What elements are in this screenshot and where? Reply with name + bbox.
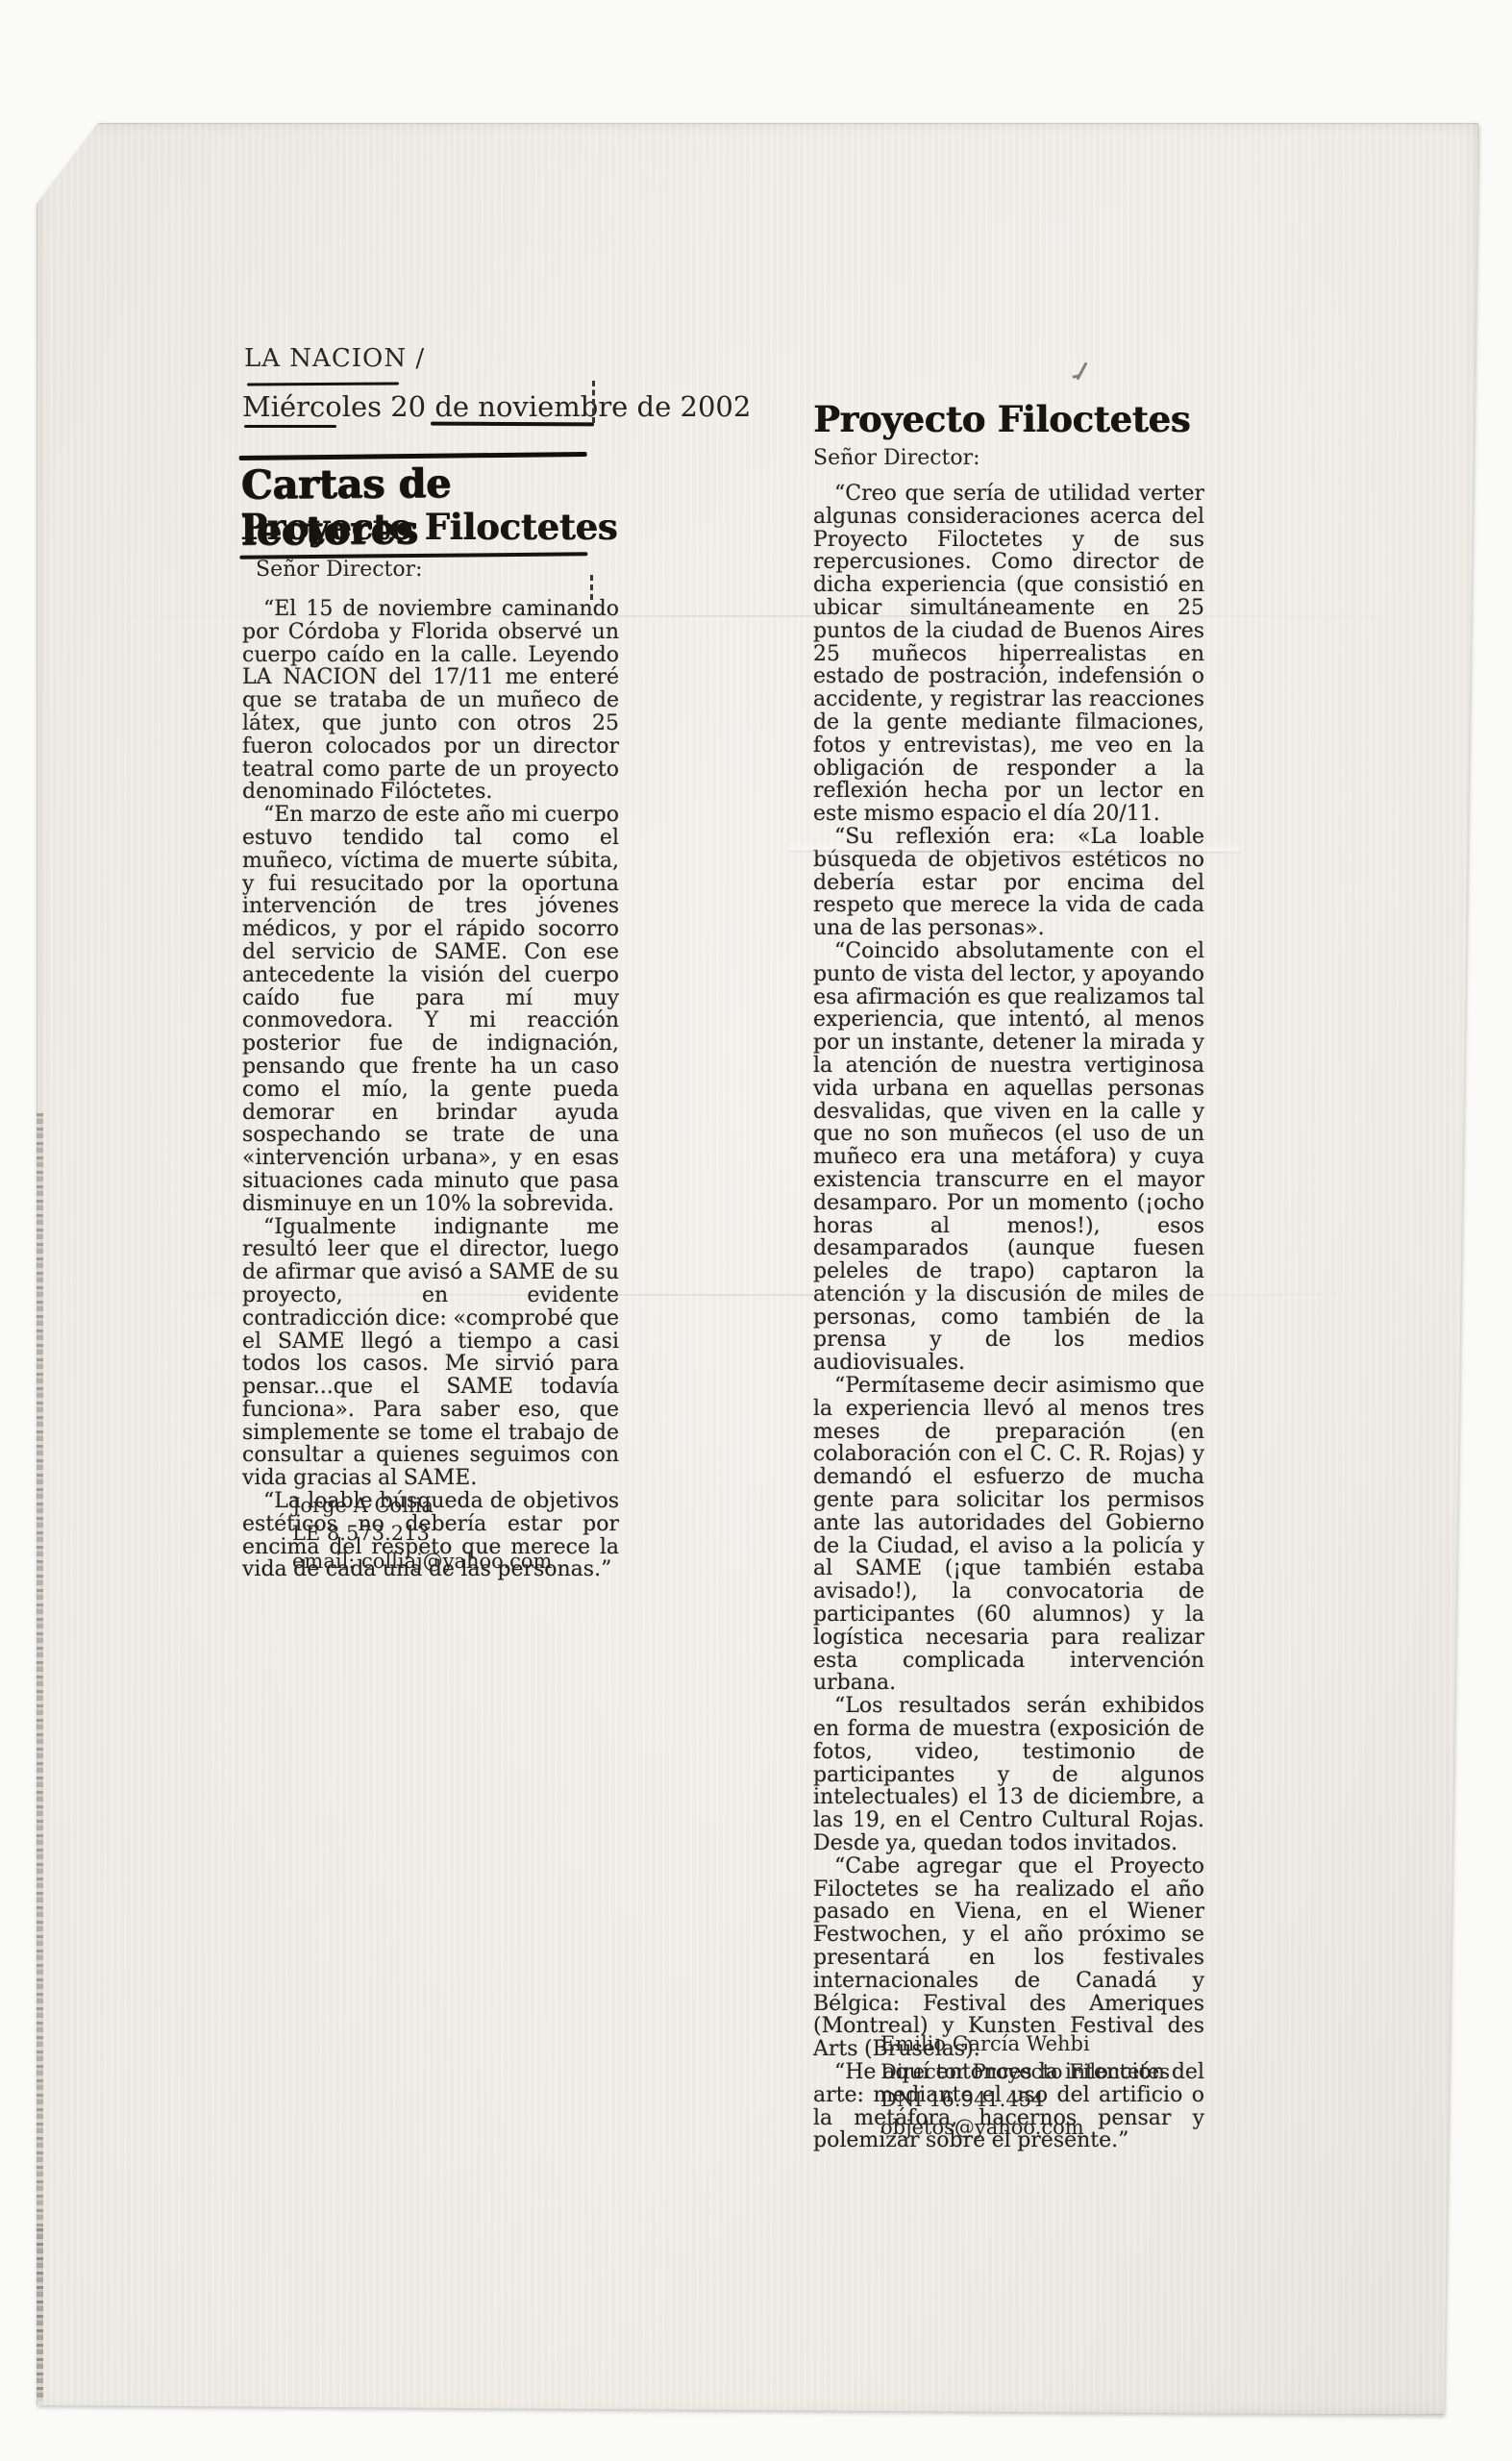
left-letter-salutation: Señor Director: [256, 558, 423, 582]
paragraph: “El 15 de noviembre caminando por Córdob… [242, 598, 619, 804]
pen-mark [1076, 361, 1087, 380]
masthead: LA NACION / [244, 344, 425, 373]
paragraph: “En marzo de este año mi cuerpo estuvo t… [242, 804, 619, 1215]
fold-crease [113, 1294, 1459, 1296]
signature-role: Director Proyecto Filoctetes [880, 2058, 1170, 2086]
scanner-bed: LA NACION / Miércoles 20 de noviembre de… [0, 0, 1512, 2461]
signature-name: Emilio García Wehbi [880, 2030, 1170, 2058]
paragraph: “Creo que sería de utilidad verter algun… [813, 483, 1204, 826]
paragraph: “Igualmente indignante me resultó leer q… [242, 1216, 619, 1491]
date-underline-left [244, 425, 336, 428]
left-letter-signature: Jorge A Collia LE 8.573.213 email: colli… [292, 1492, 552, 1576]
date-line: Miércoles 20 de noviembre de 2002 [242, 390, 751, 423]
left-letter-body: “El 15 de noviembre caminando por Córdob… [242, 598, 619, 1581]
page-edge-shadow [37, 1113, 43, 2344]
fold-crease [94, 615, 1421, 617]
paragraph: “Los resultados serán exhibidos en forma… [813, 1695, 1204, 1855]
right-letter-signature: Emilio García Wehbi Director Proyecto Fi… [880, 2030, 1170, 2142]
signature-email: email: colliaj@yahoo.com [292, 1548, 552, 1576]
right-letter-body: “Creo que sería de utilidad verter algun… [813, 483, 1204, 2152]
signature-id: LE 8.573.213 [292, 1520, 552, 1548]
newspaper-clipping-sheet: LA NACION / Miércoles 20 de noviembre de… [37, 123, 1478, 2415]
cut-mark [592, 381, 595, 423]
signature-email: objetos@yahoo.com [880, 2114, 1170, 2142]
date-underline-right [431, 422, 594, 427]
right-letter-salutation: Señor Director: [813, 446, 980, 470]
signature-name: Jorge A Collia [292, 1492, 552, 1520]
signature-id: DNI 16.941.454 [880, 2086, 1170, 2114]
left-letter-title: Proyecto Filoctetes [240, 506, 617, 548]
masthead-underline [247, 382, 399, 385]
scanned-newspaper-page: { "page": { "masthead": "LA NACION /", "… [0, 0, 1512, 2461]
right-letter-title: Proyecto Filoctetes [813, 398, 1190, 440]
paragraph: “Permítaseme decir asimismo que la exper… [813, 1375, 1204, 1695]
page-edge-shadow [37, 2228, 43, 2401]
paragraph: “Coincido absolutamente con el punto de … [813, 940, 1204, 1375]
